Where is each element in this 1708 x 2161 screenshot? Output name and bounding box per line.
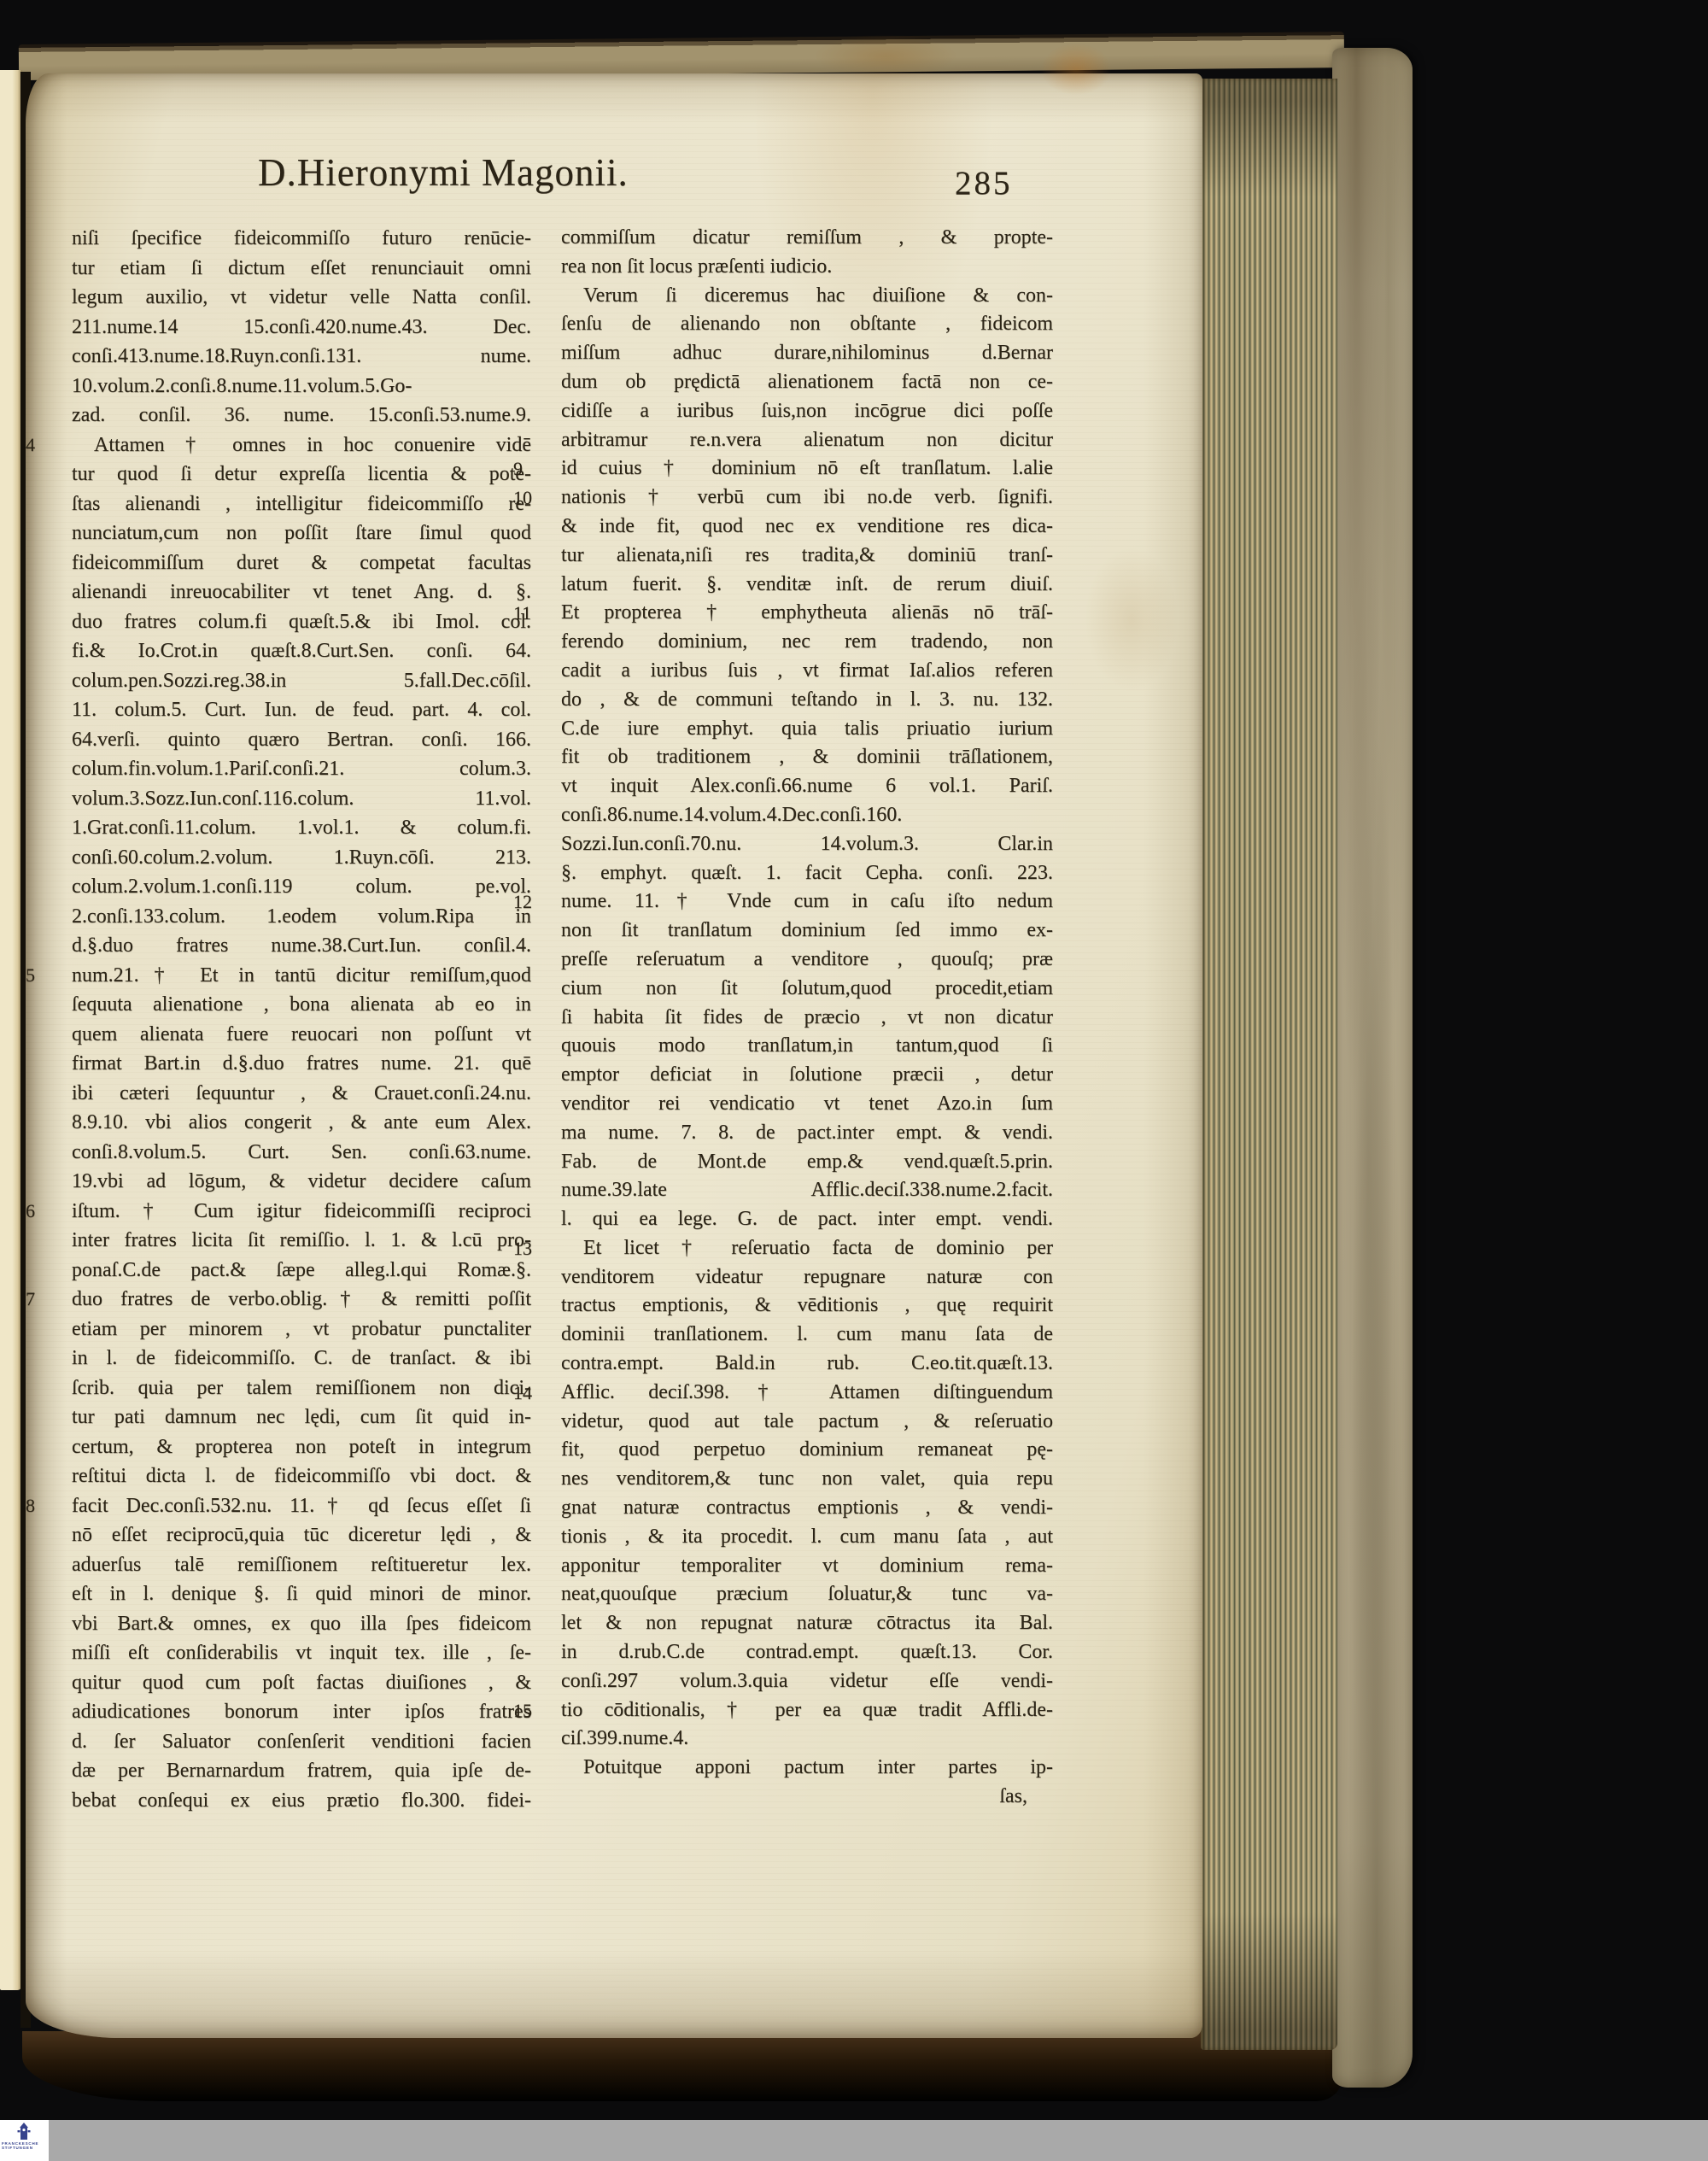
text-line: conſi.8.volum.5. Curt. Sen. conſi.63.num… [72,1138,531,1168]
text-line: 19.vbi ad lōgum, & videtur decidere caſu… [72,1167,531,1197]
text-line: §. emphyt. quæſt. 1. facit Cepha. conſi.… [561,859,1053,888]
margin-paragraph-number: 9 [513,454,549,483]
page-number: 285 [955,164,1013,202]
text-line: dæ per Bernarnardum fratrem, quia ipſe d… [72,1756,531,1786]
text-line: 11. colum.5. Curt. Iun. de feud. part. 4… [72,695,531,725]
text-line: eſt in l. denique §. ſi quid minori de m… [72,1579,531,1609]
text-line: fit ob traditionem , & dominii trāſlatio… [561,743,1053,772]
text-line: do , & de communi teſtando in l. 3. nu. … [561,686,1053,715]
text-line: ferendo dominium, nec rem tradendo, non [561,628,1053,657]
text-line: tur etiam ſi dictum eſſet renunciauit om… [72,254,531,284]
text-line: venditor rei vendicatio vt tenet Azo.in … [561,1090,1053,1119]
book-bottom-shadow [22,2031,1342,2101]
text-line: adiudicationes bonorum inter ipſos fratr… [72,1697,531,1727]
text-line: ponaſ.C.de pact.& ſæpe alleg.l.qui Romæ.… [72,1256,531,1285]
text-line: ſtas alienandi , intelligitur fideicommi… [72,489,531,519]
text-line: preſſe reſeruatum a venditore , quouſq; … [561,946,1053,975]
text-line: gnat naturæ contractus emptionis , & ven… [561,1494,1053,1523]
text-line: fit, quod perpetuo dominium remaneat pę- [561,1436,1053,1465]
scan-footer-bar [0,2120,1708,2161]
margin-paragraph-number: 12 [513,887,549,917]
text-line: tractus emptionis, & vēditionis , quę re… [561,1291,1053,1321]
margin-paragraph-number: 13 [513,1234,549,1263]
text-line: Fab. de Mont.de emp.& vend.quæſt.5.prin. [561,1148,1053,1177]
text-line: tionis , & ita procedit. l. cum manu ſat… [561,1523,1053,1552]
text-line: 15tio cōditionalis, † per ea quæ tradit … [561,1696,1053,1725]
text-line: fideicommiſſum duret & competat facultas [72,548,531,578]
text-line: ſas, [561,1783,1053,1812]
text-line: tur pati damnum nec lędi, cum ſit quid i… [72,1403,531,1432]
margin-paragraph-number: 10 [513,483,549,512]
text-line: colum.pen.Sozzi.reg.38.in 5.fall.Dec.cōſ… [72,666,531,696]
text-line: cidiſſe a iuribus ſuis,non incōgrue dici… [561,397,1053,426]
text-line: latum fuerit. §. venditæ inſt. de rerum … [561,571,1053,600]
text-line: C.de iure emphyt. quia talis priuatio iu… [561,715,1053,744]
text-line: l. qui ea lege. G. de pact. inter empt. … [561,1205,1053,1234]
text-line: let & non repugnat naturæ cōtractus ita … [561,1609,1053,1638]
text-line: in l. de fideicommiſſo. C. de tranſact. … [72,1344,531,1373]
parchment-cover-edge [1332,48,1413,2088]
text-line: ma nume. 7. 8. de pact.inter empt. & ven… [561,1119,1053,1148]
text-line: 7duo fratres de verbo.oblig.† & remitti … [72,1285,531,1315]
text-line: tur alienata,niſi res tradita,& dominiū … [561,542,1053,571]
text-line: 8facit Dec.conſi.532.nu. 11.† qd ſecus e… [72,1491,531,1521]
text-line: colum.2.volum.1.conſi.119 colum. pe.vol. [72,872,531,902]
text-line: bebat conſequi ex eius prætio flo.300. f… [72,1786,531,1816]
text-line: cadit a iuribus ſuis , vt firmat Iaſ.ali… [561,657,1053,686]
text-line: ſenſu de alienando non obſtante , fideic… [561,310,1053,339]
text-line: ciſ.399.nume.4. [561,1725,1053,1754]
text-line: 6iſtum. † Cum igitur fideicommiſſi recip… [72,1197,531,1227]
text-line: vbi Bart.& omnes, ex quo illa ſpes fidei… [72,1609,531,1639]
text-line: nunciatum,cum non poſſit ſtare ſimul quo… [72,518,531,548]
text-line: videtur, quod aut tale pactum , & reſeru… [561,1408,1053,1437]
text-line: miſſi eſt conſiderabilis vt inquit tex. … [72,1638,531,1668]
margin-paragraph-number: 14 [513,1379,549,1408]
text-line: quem alienata fuere reuocari non poſſunt… [72,1020,531,1050]
text-line: miſſum adhuc durare,nihilominus d.Bernar [561,339,1053,368]
text-line: aduerſus talē remiſſionem reſtitueretur … [72,1550,531,1580]
text-line: neat,quouſque præcium ſoluatur,& tunc va… [561,1580,1053,1609]
margin-paragraph-number: 15 [513,1696,549,1725]
text-line: reſtitui dicta l. de fideicommiſſo vbi d… [72,1461,531,1491]
text-line: conſi.413.nume.18.Ruyn.conſi.131. nume. [72,342,531,372]
text-line: fi.& Io.Crot.in quæſt.8.Curt.Sen. conſi.… [72,636,531,666]
text-line: inter fratres licita ſit remiſſio. l. 1.… [72,1226,531,1256]
text-line: 11Et propterea † emphytheuta alienās nō … [561,599,1053,628]
text-line: ſcrib. quia per talem remiſſionem non di… [72,1373,531,1403]
text-line: conſi.60.colum.2.volum. 1.Ruyn.cōſi. 213… [72,843,531,873]
text-line: arbitramur re.n.vera alienatum non dicit… [561,426,1053,455]
text-line: ibi cæteri ſequuntur , & Crauet.conſi.24… [72,1079,531,1109]
text-line: in d.rub.C.de contrad.empt. quæſt.13. Co… [561,1638,1053,1667]
text-line: quitur quod cum poſt factas diuiſiones ,… [72,1668,531,1698]
facing-page-edge [0,70,22,1990]
right-text-column: commiſſum dicatur remiſſum , & propte-re… [561,224,1053,1812]
text-line: vt inquit Alex.conſi.66.nume 6 vol.1. Pa… [561,772,1053,801]
text-line: alienandi inreuocabiliter vt tenet Ang. … [72,577,531,607]
text-line: dominii tranſlationem. l. cum manu ſata … [561,1321,1053,1350]
text-line: zad. conſil. 36. nume. 15.conſi.53.nume.… [72,401,531,430]
franckesche-stiftungen-logo: FRANCKESCHE STIFTUNGEN [0,2120,49,2161]
text-line: 12nume. 11.† Vnde cum in caſu iſto nedum [561,887,1053,917]
margin-paragraph-number: 8 [26,1491,61,1521]
text-line: Sozzi.Iun.conſi.70.nu. 14.volum.3. Clar.… [561,830,1053,859]
logo-text: FRANCKESCHE STIFTUNGEN [2,2141,49,2150]
margin-paragraph-number: 7 [26,1285,61,1315]
text-line: 4Attamen † omnes in hoc conuenire vidē [72,430,531,460]
running-header: D.Hieronymi Magonii. [258,150,745,195]
text-line: colum.fin.volum.1.Pariſ.conſi.21. colum.… [72,754,531,784]
text-line: quouis modo tranſlatum,in tantum,quod ſi [561,1032,1053,1061]
text-line: venditorem videatur repugnare naturæ con [561,1263,1053,1292]
text-line: 9id cuius † dominium nō eſt tranſlatum. … [561,454,1053,483]
text-line: commiſſum dicatur remiſſum , & propte- [561,224,1053,253]
text-line: conſi.86.nume.14.volum.4.Dec.conſi.160. [561,801,1053,830]
text-line: legum auxilio, vt videtur velle Natta co… [72,283,531,313]
text-line: d. ſer Saluator conſenſerit venditioni f… [72,1727,531,1757]
text-line: volum.3.Sozz.Iun.conſ.116.colum. 11.vol. [72,784,531,814]
margin-paragraph-number: 4 [26,430,61,460]
text-line: 2.conſi.133.colum. 1.eodem volum.Ripa in [72,902,531,932]
text-line: tur quod ſi detur expreſſa licentia & po… [72,460,531,489]
text-line: & inde fit, quod nec ex venditione res d… [561,512,1053,542]
library-logo-icon [17,2123,31,2140]
text-line: dum ob prędictā alienationem factā non c… [561,368,1053,397]
text-line: ſequuta alienatione , bona alienata ab e… [72,990,531,1020]
text-line: emptor deficiat in ſolutione præcii , de… [561,1061,1053,1090]
page-block-fore-edge [1201,79,1337,2050]
text-line: conſi.297 volum.3.quia videtur eſſe vend… [561,1667,1053,1696]
text-line: 8.9.10. vbi alios congerit , & ante eum … [72,1108,531,1138]
text-line: 64.verſi. quinto quæro Bertran. conſi. 1… [72,725,531,755]
text-line: etiam per minorem , vt probatur punctali… [72,1315,531,1344]
text-line: nume.39.late Afflic.deciſ.338.nume.2.fac… [561,1176,1053,1205]
text-line: certum, & propterea non poteſt in integr… [72,1432,531,1462]
margin-paragraph-number: 11 [513,599,549,628]
text-line: non ſit tranſlatum dominium ſed immo ex- [561,917,1053,946]
text-line: firmat Bart.in d.§.duo fratres nume. 21.… [72,1049,531,1079]
text-line: d.§.duo fratres nume.38.Curt.Iun. conſil… [72,931,531,961]
text-line: duo fratres colum.fi quæſt.5.& ibi Imol.… [72,607,531,637]
margin-paragraph-number: 6 [26,1197,61,1227]
text-line: cium non ſit ſolutum,quod procedit,etiam [561,975,1053,1004]
text-line: nō eſſet reciprocū,quia tūc diceretur lę… [72,1520,531,1550]
text-line: 211.nume.14 15.conſi.420.nume.43. Dec. [72,313,531,343]
text-line: nes venditorem,& tunc non valet, quia re… [561,1465,1053,1494]
text-line: Verum ſi diceremus hac diuiſione & con- [561,282,1053,311]
text-line: 5num.21.† Et in tantū dicitur remiſſum,q… [72,961,531,991]
left-text-column: niſi ſpecifice fideicommiſſo futuro renū… [72,224,531,1815]
text-line: contra.empt. Bald.in rub. C.eo.tit.quæſt… [561,1350,1053,1379]
text-line: niſi ſpecifice fideicommiſſo futuro renū… [72,224,531,254]
text-line: ſi habita ſit fides de præcio , vt non d… [561,1004,1053,1033]
margin-paragraph-number: 5 [26,961,61,991]
text-line: 13Et licet † reſeruatio facta de dominio… [561,1234,1053,1263]
text-line: 1.Grat.conſi.11.colum. 1.vol.1. & colum.… [72,813,531,843]
text-line: 10nationis † verbū cum ibi no.de verb. ſ… [561,483,1053,512]
text-line: Potuitque apponi pactum inter partes ip- [561,1754,1053,1783]
text-line: apponitur temporaliter vt dominium rema- [561,1552,1053,1581]
text-line: rea non ſit locus præſenti iudicio. [561,253,1053,282]
text-line: 14Afflic. deciſ.398.† Attamen diſtinguen… [561,1379,1053,1408]
text-line: 10.volum.2.conſi.8.nume.11.volum.5.Go- [72,372,531,401]
